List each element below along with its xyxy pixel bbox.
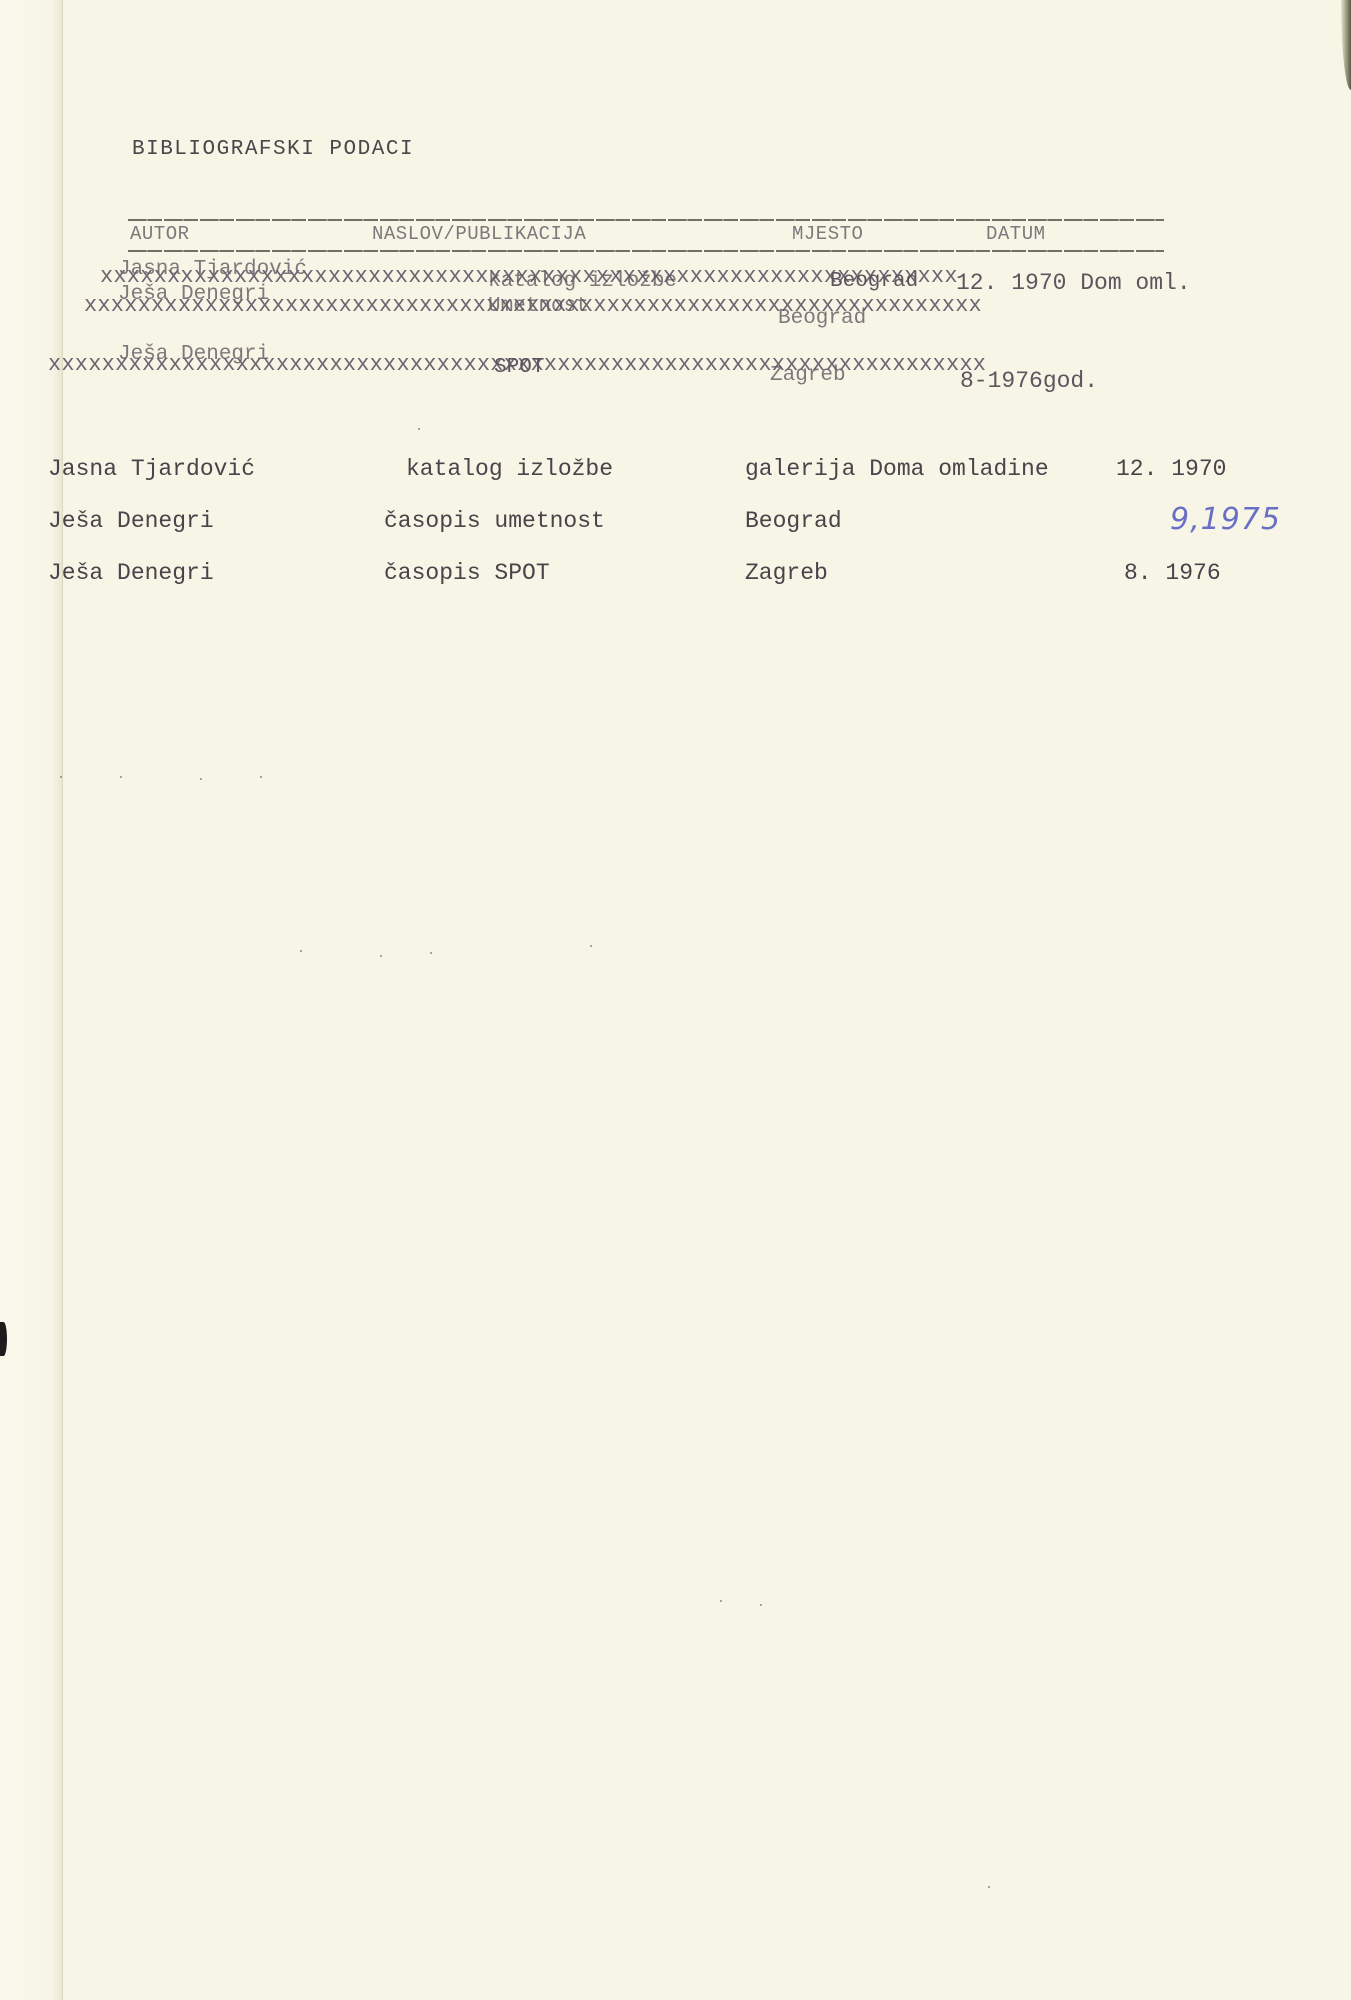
entry-autor: Ješa Denegri (48, 560, 214, 586)
paper-speck (380, 955, 382, 957)
column-header-mjesto: MJESTO (792, 223, 863, 245)
struck-mjesto: Zagreb (770, 364, 846, 387)
header-rule-top (128, 219, 1164, 221)
paper-speck (300, 950, 302, 952)
paper-speck (60, 776, 62, 778)
entry-autor: Ješa Denegri (48, 508, 214, 534)
entry-mjesto: Beograd (745, 508, 842, 534)
column-header-datum: DATUM (986, 223, 1046, 245)
entry-datum-handwritten: 9,1975 (1170, 502, 1281, 537)
struck-mjesto: Beograd (778, 307, 866, 330)
paper-edge-right (1341, 0, 1351, 90)
paper-speck (418, 428, 420, 430)
header-rule-bottom (128, 250, 1164, 252)
struck-naslov: SPOT (494, 356, 544, 379)
entry-mjesto: Zagreb (745, 560, 828, 586)
paper-speck (988, 1886, 990, 1888)
entry-naslov: katalog izložbe (406, 456, 613, 482)
entry-naslov: časopis umetnost (384, 508, 605, 534)
column-header-naslov: NASLOV/PUBLIKACIJA (372, 223, 586, 245)
entry-datum: 8. 1976 (1124, 560, 1221, 586)
struck-naslov: katalog izložbe (488, 270, 677, 293)
paper-speck (200, 778, 202, 780)
struck-datum: 12. 1970 Dom oml. (956, 270, 1191, 296)
struck-mjesto: Beograd (830, 270, 918, 293)
entry-datum: 12. 1970 (1116, 456, 1226, 482)
entry-autor: Jasna Tjardović (48, 456, 255, 482)
paper-speck (720, 1600, 722, 1602)
paper-speck (590, 945, 592, 947)
binder-hole-mark (0, 1322, 7, 1356)
entry-naslov: časopis SPOT (384, 560, 550, 586)
entry-mjesto: galerija Doma omladine (745, 456, 1049, 482)
paper-speck (120, 776, 122, 778)
paper-speck (260, 776, 262, 778)
paper-speck (760, 1604, 762, 1606)
struck-datum: 8-1976god. (960, 368, 1098, 394)
struck-naslov: Umetnost (488, 295, 589, 318)
paper-edge-left (0, 0, 63, 2000)
paper-speck (430, 952, 432, 954)
document-title: BIBLIOGRAFSKI PODACI (132, 138, 414, 161)
column-header-autor: AUTOR (130, 223, 190, 245)
